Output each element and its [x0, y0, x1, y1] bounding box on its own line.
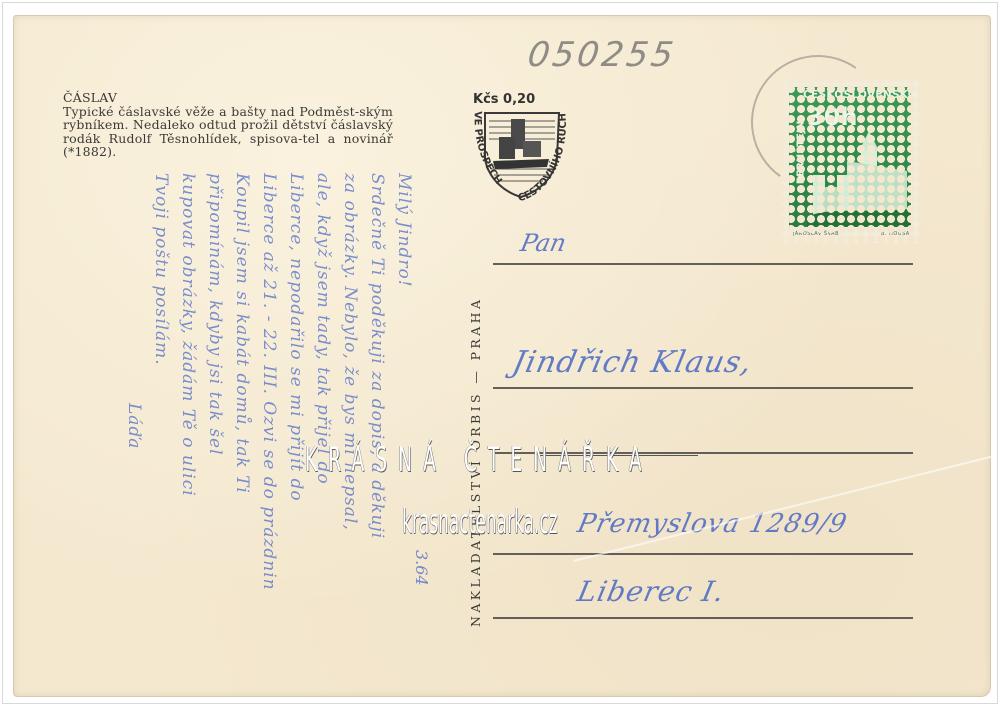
message-line: Liberce, nepodařilo se mi přijít do: [282, 173, 309, 643]
catalog-number: 050255: [525, 35, 678, 75]
address-line-4: [493, 553, 913, 555]
stamp-designer: JAROSLAV ŠVAB: [793, 231, 839, 237]
image-frame: ČÁSLAV Typické čáslavské věže a bašty na…: [2, 2, 998, 704]
message-line: Liberce až 21. - 22. III. Ozvi se do prá…: [255, 173, 282, 643]
handwritten-message: Milý Jindro! Srdečně Ti poděkuji za dopi…: [120, 173, 417, 643]
caption-text: Typické čáslavské věže a bašty nad Podmě…: [63, 105, 393, 159]
svg-text:Kčs 0,20: Kčs 0,20: [473, 92, 535, 107]
watermark-url: krasnactenarka.cz: [402, 502, 558, 542]
address-name: Jindřich Klaus,: [509, 345, 755, 380]
message-date: 3.64: [412, 550, 431, 586]
stamp-engraver: B. HOUSA: [881, 231, 910, 237]
message-line: Tvoji poštu posílám.: [147, 173, 174, 643]
message-signature: Láďa: [120, 173, 147, 643]
postcard: ČÁSLAV Typické čáslavské věže a bašty na…: [13, 15, 991, 697]
caption-city: ČÁSLAV: [63, 91, 393, 105]
postage-stamp: ČESKOSLOVENSKO 30h PERNŠTEJN JAROSLAV ŠV…: [775, 73, 925, 248]
message-line: za obrázky. Nebylo, že bys mi nepsal,: [336, 173, 363, 643]
watermark-title: KRÁSNÁ ČTENÁŘKA: [305, 440, 653, 480]
address-line-5: [493, 617, 913, 619]
address-line-2: [493, 387, 913, 389]
address-salutation: Pan: [518, 229, 569, 257]
address-city: Liberec I.: [574, 575, 728, 608]
address-line-1: [493, 263, 913, 265]
stamp-country: ČESKOSLOVENSKO: [803, 89, 917, 101]
tourism-cachet-icon: Kčs 0,20 VE PROSPĚCH CESTOVNÍHO RUCHU: [461, 89, 581, 209]
svg-text:VE PROSPĚCH: VE PROSPĚCH: [472, 111, 504, 187]
stamp-value: 30h: [807, 103, 857, 131]
postcard-caption: ČÁSLAV Typické čáslavské věže a bašty na…: [63, 91, 393, 159]
message-line: ale, když jsem tady, tak přijel do: [309, 173, 336, 643]
message-line: Srdečně Ti poděkuji za dopis, a děkuji: [363, 173, 390, 643]
message-line: Koupil jsem si kabát domů, tak Ti: [228, 173, 255, 643]
message-line: připomínám, kdyby jsi tak šel: [201, 173, 228, 643]
stamp-place: PERNŠTEJN: [796, 113, 807, 193]
castle-icon: [807, 131, 911, 227]
message-line: kupovat obrázky, žádám Tě o ulici: [174, 173, 201, 643]
